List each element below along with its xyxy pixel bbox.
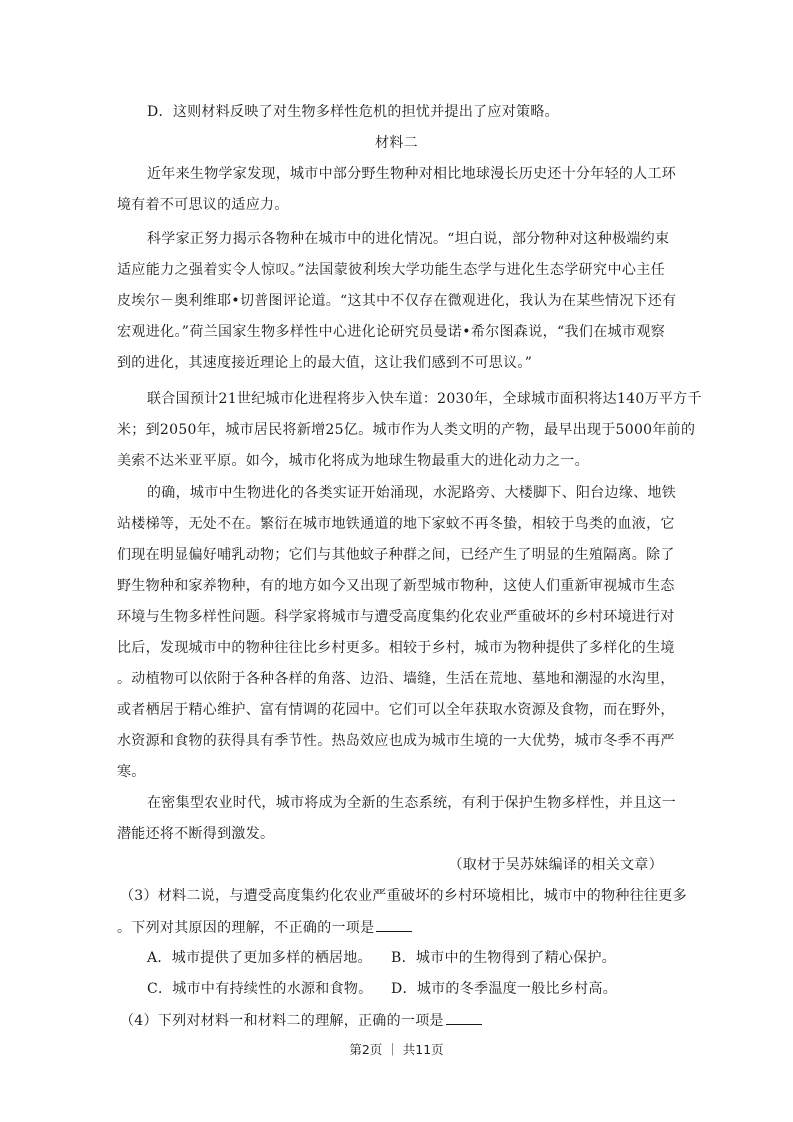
paragraph-line: 们现在明显偏好哺乳动物；它们与其他蚊子种群之间，已经产生了明显的生殖隔离。除了 <box>117 545 665 565</box>
question-3-option-d: D．城市的冬季温度一般比乡村高。 <box>391 979 617 999</box>
paragraph-line: 水资源和食物的获得具有季节性。热岛效应也成为城市生境的一大优势，城市冬季不再严 <box>117 731 665 751</box>
question-3-stem-cont: 。下列对其原因的理解，不正确的一项是 <box>117 917 665 938</box>
paragraph-line: 到的进化，其速度接近理论上的最大值，这让我们感到不可思议。” <box>117 353 665 373</box>
document-page: D．这则材料反映了对生物多样性危机的担忧并提出了应对策略。 材料二 近年来生物学… <box>0 0 793 1122</box>
question-3-stem-text: 。下列对其原因的理解，不正确的一项是 <box>117 920 374 936</box>
paragraph-line: 野生物种和家养物种，有的地方如今又出现了新型城市物种，这使人们重新审视城市生态 <box>117 576 665 596</box>
question-3-option-c: C．城市中有持续性的水源和食物。 <box>147 979 373 999</box>
paragraph-line: 环境与生物多样性问题。科学家将城市与遭受高度集约化农业严重破坏的乡村环境进行对 <box>117 607 665 627</box>
paragraph-line: 科学家正努力揭示各物种在城市中的进化情况。“坦白说，部分物种对这种极端约束 <box>147 229 665 249</box>
question-3-option-a: A．城市提供了更加多样的栖居地。 <box>147 948 372 968</box>
material-two-heading: 材料二 <box>0 133 793 153</box>
paragraph-line: 皮埃尔－奥利维耶•切普图评论道。“这其中不仅存在微观进化，我认为在某些情况下还有 <box>117 291 665 311</box>
paragraph-line: 境有着不可思议的适应力。 <box>117 195 665 215</box>
paragraph-line: 美索不达米亚平原。如今，城市化将成为地球生物最重大的进化动力之一。 <box>117 451 665 471</box>
paragraph-line: 。动植物可以依附于各种各样的角落、边沿、墙缝，生活在荒地、墓地和潮湿的水沟里， <box>117 669 665 689</box>
answer-blank <box>376 917 412 932</box>
paragraph-line: 米；到2050年，城市居民将新增25亿。城市作为人类文明的产物，最早出现于500… <box>117 420 665 440</box>
paragraph-line: 的确，城市中生物进化的各类实证开始涌现，水泥路旁、大楼脚下、阳台边缘、地铁 <box>147 483 665 503</box>
paragraph-line: 宏观进化。”荷兰国家生物多样性中心进化论研究员曼诺•希尔图森说，“我们在城市观察 <box>117 322 665 342</box>
paragraph-line: 潜能还将不断得到激发。 <box>117 824 665 844</box>
question-3-option-b: B．城市中的生物得到了精心保护。 <box>391 948 616 968</box>
paragraph-line: 联合国预计21世纪城市化进程将步入快车道：2030年，全球城市面积将达140万平… <box>147 389 665 409</box>
paragraph-line: 寒。 <box>117 762 665 782</box>
page-indicator: 第2页 ｜ 共11页 <box>0 1040 793 1058</box>
paragraph-line: 比后，发现城市中的物种往往比乡村更多。相较于乡村，城市为物种提供了多样化的生境 <box>117 638 665 658</box>
question-3-stem: （3）材料二说，与遭受高度集约化农业严重破坏的乡村环境相比，城市中的物种往往更多 <box>120 886 665 906</box>
source-citation: （取材于吴苏妹编译的相关文章） <box>117 855 663 875</box>
paragraph-line: 近年来生物学家发现，城市中部分野生物种对相比地球漫长历史还十分年轻的人工环 <box>147 164 665 184</box>
answer-blank <box>446 1010 482 1025</box>
paragraph-line: 或者栖居于精心维护、富有情调的花园中。它们可以全年获取水资源及食物，而在野外， <box>117 700 665 720</box>
paragraph-line: 站楼梯等，无处不在。繁衍在城市地铁通道的地下家蚊不再冬蛰，相较于鸟类的血液，它 <box>117 514 665 534</box>
previous-option-d: D．这则材料反映了对生物多样性危机的担忧并提出了应对策略。 <box>147 102 665 122</box>
question-4-stem: （4）下列对材料一和材料二的理解，正确的一项是 <box>120 1013 444 1029</box>
paragraph-line: 适应能力之强着实令人惊叹。”法国蒙彼利埃大学功能生态学与进化生态学研究中心主任 <box>117 260 665 280</box>
paragraph-line: 在密集型农业时代，城市将成为全新的生态系统，有利于保护生物多样性，并且这一 <box>147 793 665 813</box>
question-4-stem-line: （4）下列对材料一和材料二的理解，正确的一项是 <box>120 1010 668 1031</box>
